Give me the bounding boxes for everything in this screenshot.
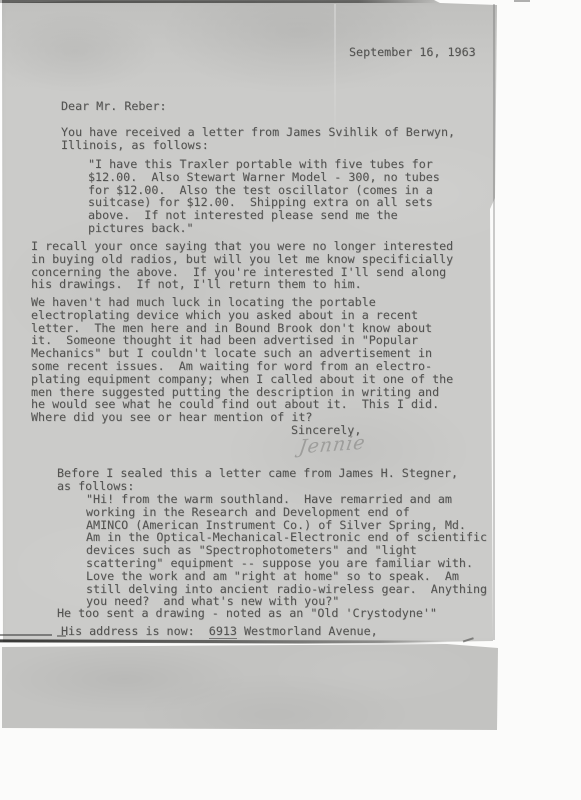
date-line: September 16, 1963 xyxy=(349,46,476,59)
paragraph-interest: I recall your once saying that you were … xyxy=(31,240,453,291)
paragraph-before-sealed: Before I sealed this a letter came from … xyxy=(57,467,458,493)
paper-right-edge xyxy=(493,4,495,640)
address-number-underlined: 6913 xyxy=(209,624,237,639)
scan-corner-mark xyxy=(514,0,530,2)
scanned-letter-page: September 16, 1963 Dear Mr. Reber: You h… xyxy=(0,0,581,800)
pencil-line-mark xyxy=(0,634,52,636)
address-street: Westmorland Avenue, xyxy=(237,624,378,638)
address-prefix: His address is now: xyxy=(61,624,209,638)
sheet-bottom-edge-shadow xyxy=(0,639,448,643)
scan-top-edge-artifact xyxy=(0,0,437,3)
intro-paragraph: You have received a letter from James Sv… xyxy=(61,126,455,152)
quoted-letter-stegner: "Hi! from the warm southland. Have remar… xyxy=(86,493,487,608)
paper-left-edge xyxy=(0,0,2,644)
second-sheet-edge xyxy=(0,644,499,732)
quoted-letter-svihlik: "I have this Traxler portable with five … xyxy=(88,158,440,235)
paragraph-electroplating: We haven't had much luck in locating the… xyxy=(31,296,453,424)
address-line: His address is now: 6913 Westmorland Ave… xyxy=(61,625,378,638)
salutation: Dear Mr. Reber: xyxy=(61,100,167,113)
line-he-too-drawing: He too sent a drawing - noted as an "Old… xyxy=(57,607,437,620)
